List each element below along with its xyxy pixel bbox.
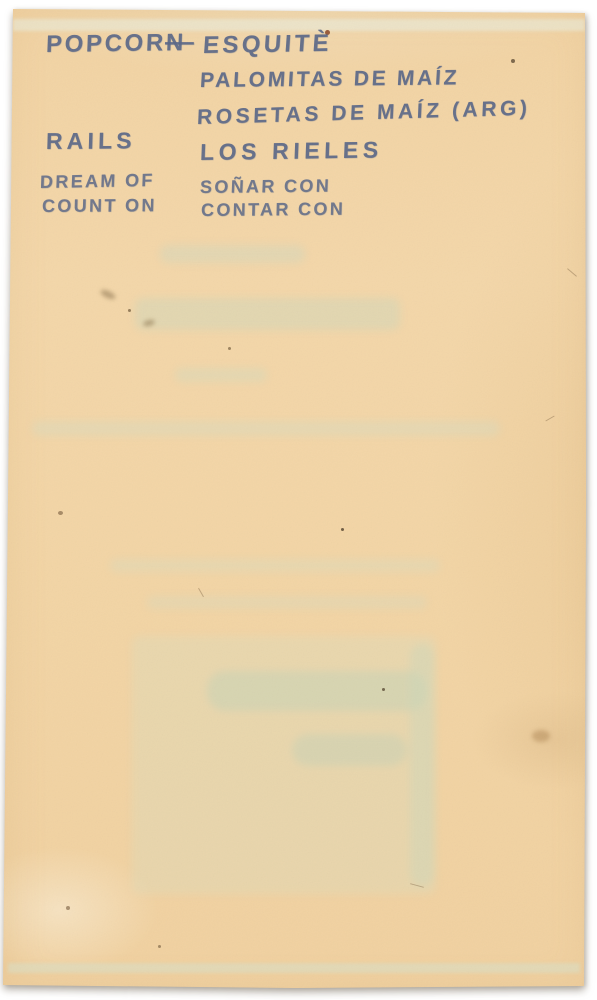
handwriting-spanish-rosetas: ROSETAS DE MAÍZ (ARG)	[196, 97, 530, 130]
stain	[532, 730, 550, 742]
show-through-blob	[135, 298, 400, 330]
paper-fiber	[545, 416, 554, 422]
paper-fiber	[198, 588, 204, 597]
handwriting-spanish-palomitas: PALOMITAS DE MAÍZ	[199, 66, 460, 93]
light-band-top	[13, 19, 585, 31]
paper-fiber	[410, 883, 424, 888]
handwriting-english-rails: RAILS	[46, 127, 136, 155]
dirt-smudge	[99, 288, 116, 301]
paper-speck	[66, 906, 70, 910]
handwriting-spanish-los-rieles: LOS RIELES	[199, 136, 383, 166]
paper-speck	[128, 309, 131, 312]
scanned-document: POPCORN — ESQUITÈ PALOMITAS DE MAÍZ ROSE…	[0, 0, 597, 1000]
paper-speck	[58, 511, 63, 515]
handwriting-english-count-on: COUNT ON	[42, 195, 157, 217]
show-through-band	[147, 596, 427, 609]
paper-shadow-wrapper: POPCORN — ESQUITÈ PALOMITAS DE MAÍZ ROSE…	[0, 0, 597, 1000]
show-through-blob	[175, 368, 267, 382]
paper-speck	[228, 347, 231, 350]
show-through-band	[32, 421, 500, 436]
paper-sheet: POPCORN — ESQUITÈ PALOMITAS DE MAÍZ ROSE…	[0, 0, 597, 1000]
paper-speck	[511, 59, 515, 63]
show-through-strip-ghost	[410, 644, 434, 886]
handwriting-english-dream-of: DREAM OF	[40, 170, 155, 193]
show-through-text-ghost	[207, 671, 427, 711]
paper-speck	[341, 528, 344, 531]
dirt-smudge	[142, 319, 155, 328]
handwriting-separator-dash: —	[165, 29, 197, 57]
show-through-text-ghost	[292, 734, 407, 766]
handwriting-spanish-contar-con: CONTAR CON	[201, 199, 346, 221]
paper-fiber	[567, 268, 577, 276]
handwriting-spanish-sonar-con: SOÑAR CON	[200, 176, 332, 198]
paper-speck	[158, 945, 161, 948]
show-through-label-ghost	[132, 636, 436, 894]
handwriting-spanish-esquite: ESQUITÈ	[202, 30, 333, 60]
paper-speck	[382, 688, 385, 691]
show-through-band	[110, 559, 440, 572]
light-band-bottom	[8, 963, 580, 973]
show-through-blob	[160, 245, 305, 263]
